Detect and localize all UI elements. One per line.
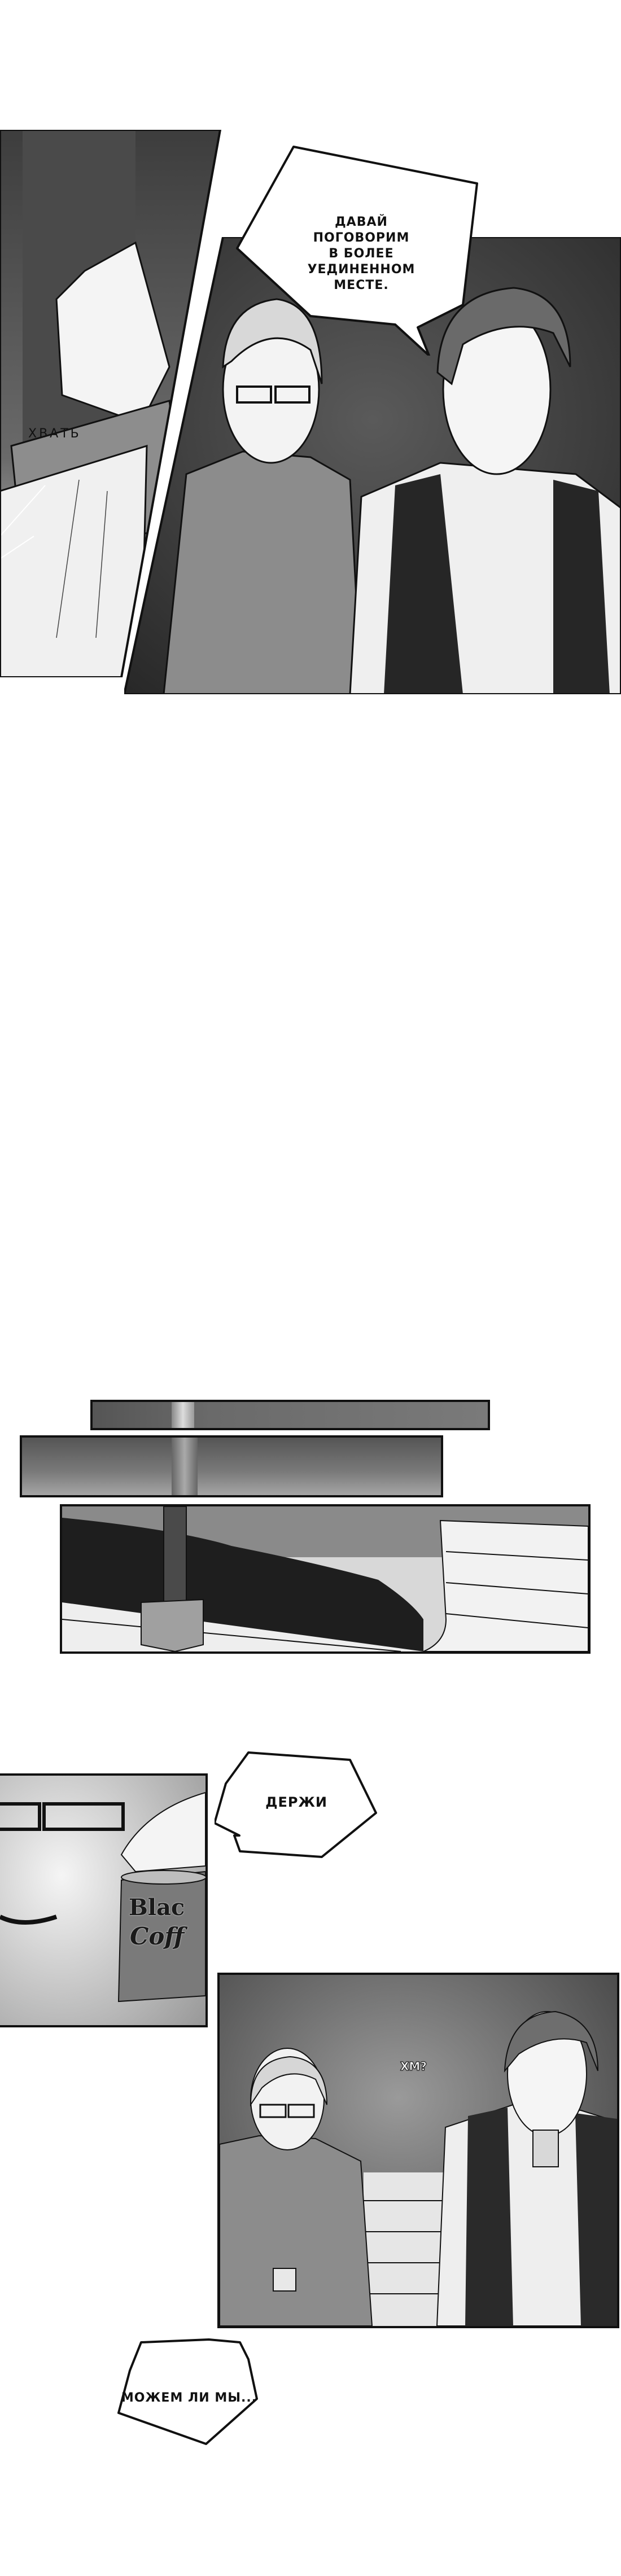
park-scene-illustration [62, 1506, 588, 1651]
speech-can-we-text: МОЖЕМ ЛИ МЫ... [107, 2390, 271, 2406]
panel-lamp-post-middle [20, 1435, 443, 1497]
speech-line-2: ПОГОВОРИМ [226, 230, 497, 246]
lamp-post-shaft [172, 1438, 198, 1497]
speech-line-1: ДАВАЙ [226, 214, 497, 230]
speech-line-3: В БОЛЕЕ [226, 246, 497, 262]
can-label-line-2: Coff [130, 1922, 184, 1950]
panel-sitting-on-bench: ХМ? [217, 1973, 619, 2328]
speech-bubble-here: ДЕРЖИ [215, 1750, 384, 1863]
sfx-hm: ХМ? [400, 2060, 427, 2073]
speech-bubble-can-we: МОЖЕМ ЛИ МЫ... [107, 2337, 305, 2461]
lamp-post-shaft [172, 1402, 194, 1430]
speech-here-text: ДЕРЖИ [215, 1794, 378, 1811]
panel-park-bench-scene [60, 1504, 591, 1654]
can-label-line-1: Blac [129, 1894, 185, 1921]
panel-coffee-handoff: Blac Coff [0, 1773, 208, 2027]
speech-line-4: УЕДИНЕННОМ [226, 262, 497, 278]
speech-line-5: МЕСТЕ. [226, 278, 497, 293]
speech-bubble-lets-talk: ДАВАЙ ПОГОВОРИМ В БОЛЕЕ УЕДИНЕННОМ МЕСТЕ… [226, 135, 497, 356]
panel-lamp-post-top [90, 1400, 490, 1430]
sfx-grab: ХВАТЬ [28, 426, 81, 442]
bench-sitting-illustration [220, 1975, 617, 2326]
